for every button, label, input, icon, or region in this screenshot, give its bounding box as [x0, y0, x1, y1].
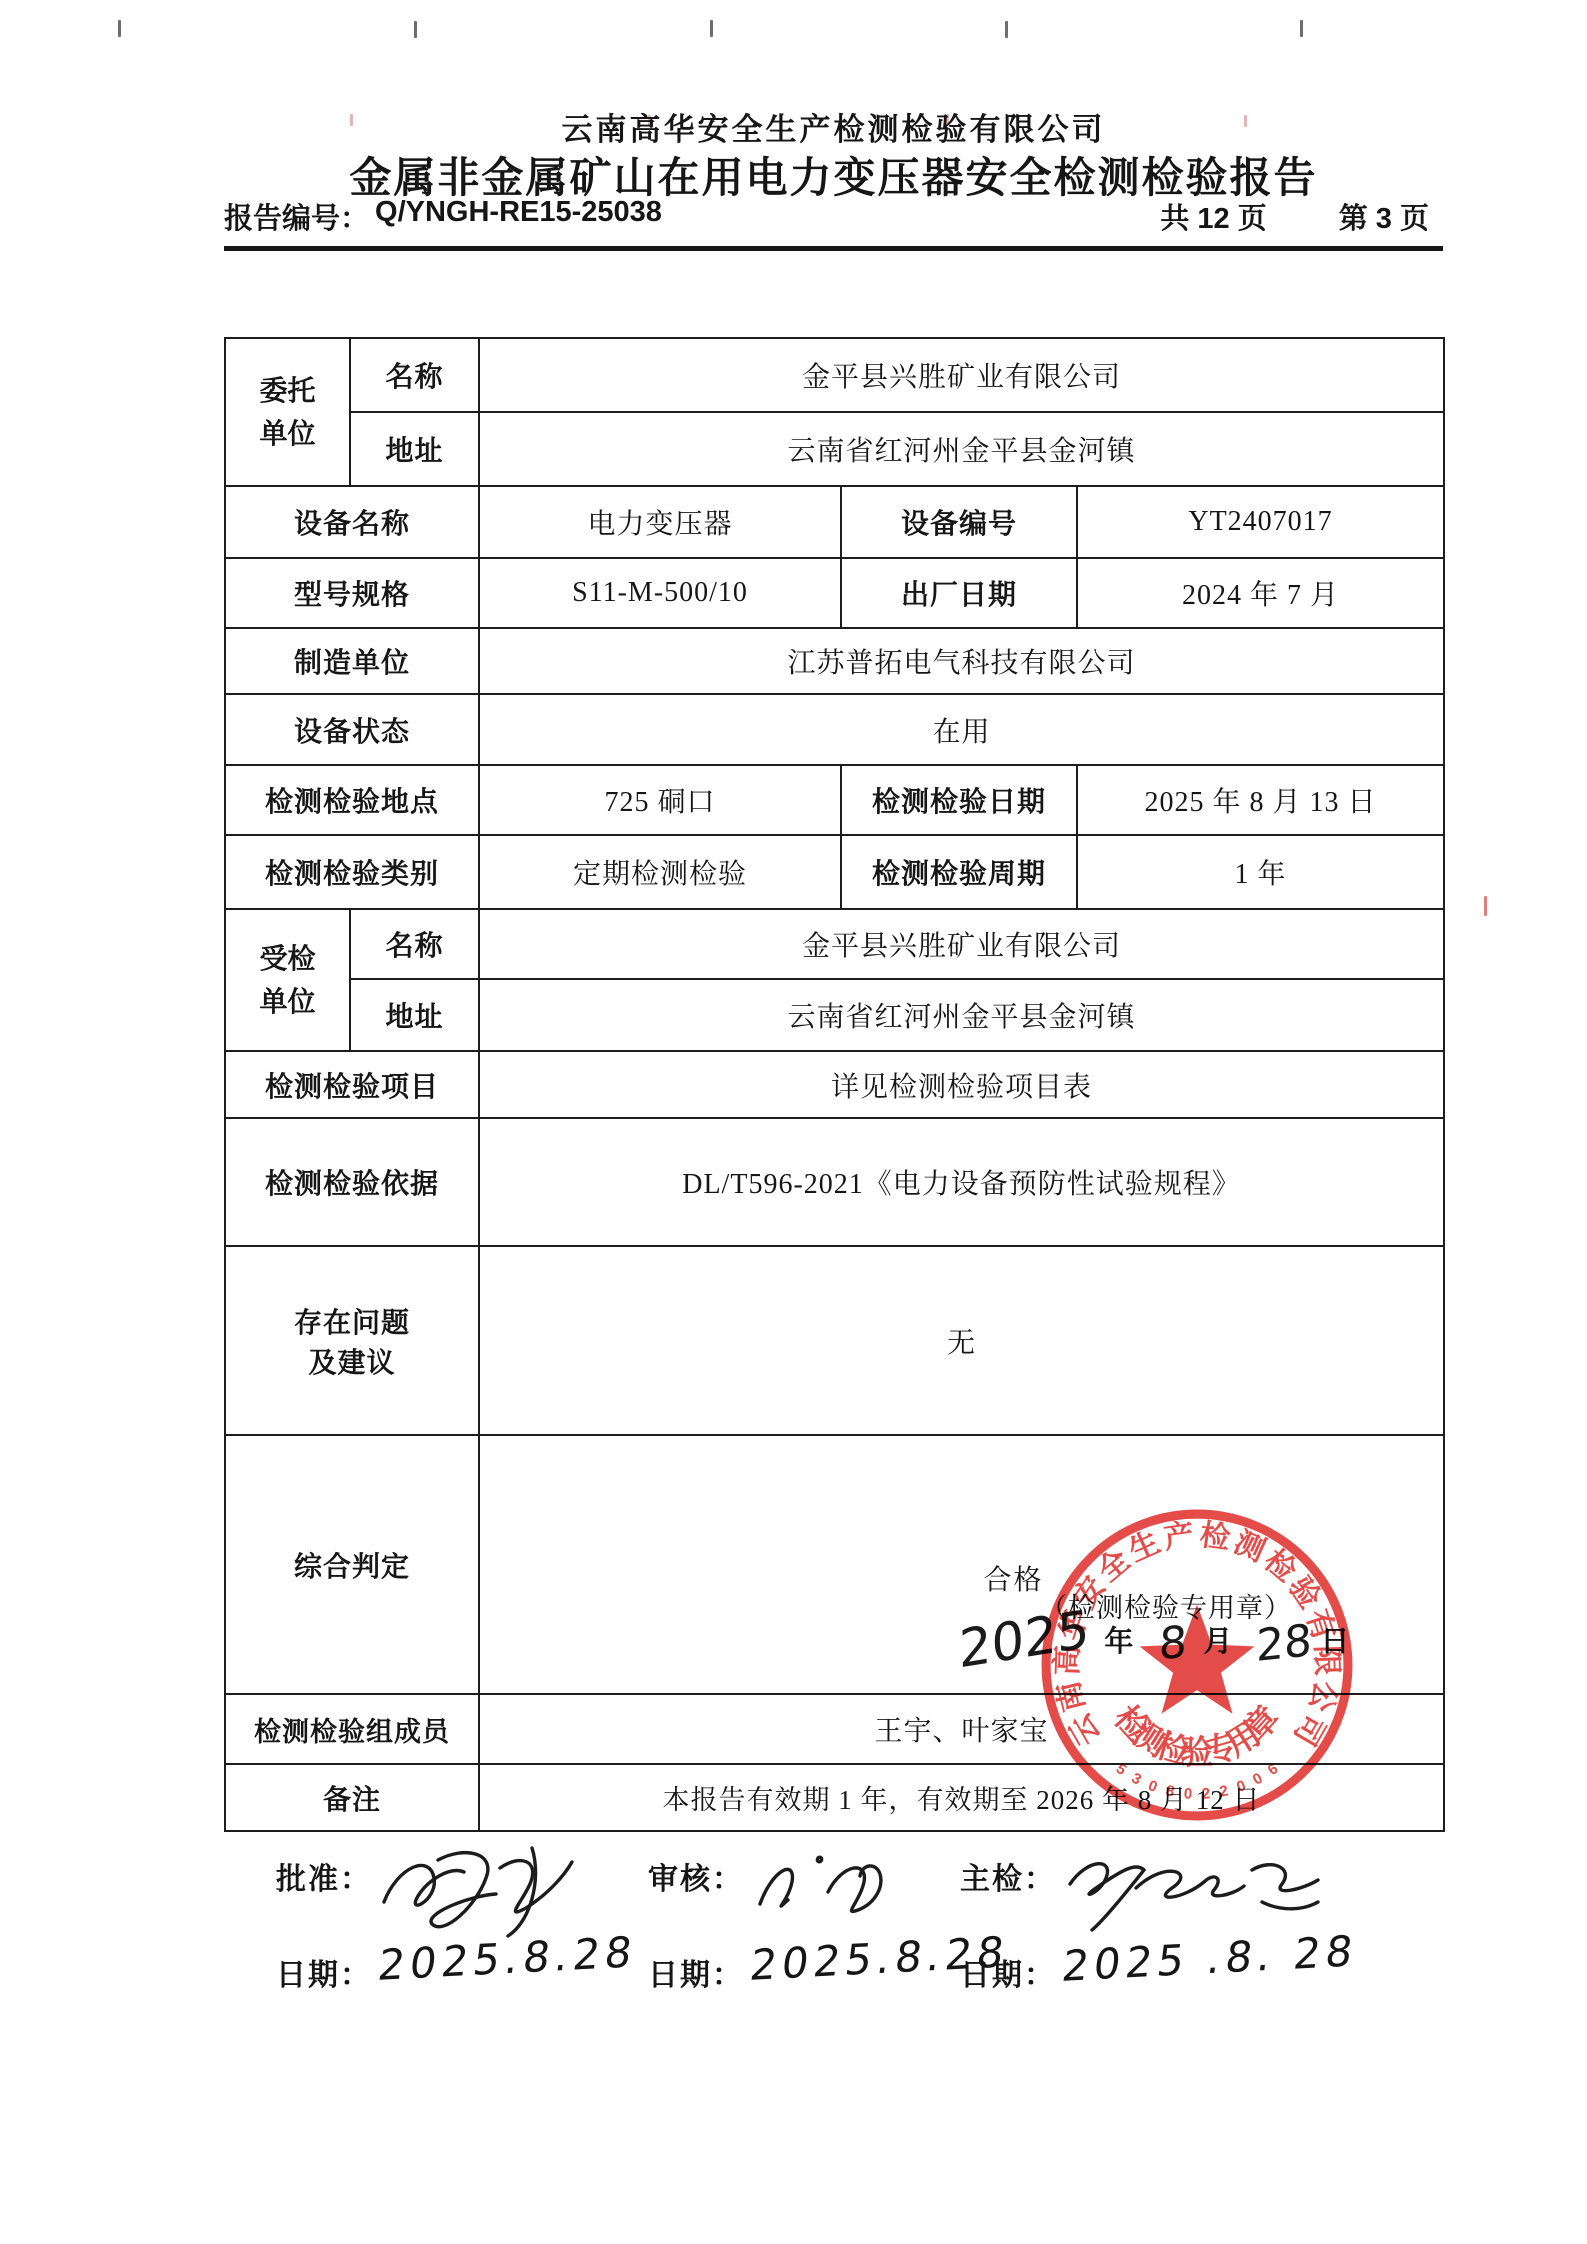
- table-row: 设备状态 在用: [225, 694, 1444, 765]
- device-name-value: 电力变压器: [479, 486, 841, 558]
- svg-text:0: 0: [1250, 1770, 1265, 1789]
- problems-value: 无: [479, 1246, 1444, 1435]
- table-row: 型号规格 S11-M-500/10 出厂日期 2024 年 7 月: [225, 558, 1444, 628]
- location-label: 检测检验地点: [225, 765, 479, 835]
- chief-inspector-date-label: 日期：: [960, 1936, 1056, 1994]
- table-row: 地址 云南省红河州金平县金河镇: [225, 412, 1444, 486]
- company-name: 云南高华安全生产检测检验有限公司: [224, 104, 1443, 149]
- cycle-value: 1 年: [1077, 835, 1444, 909]
- location-value: 725 硐口: [479, 765, 841, 835]
- device-name-label: 设备名称: [225, 486, 479, 558]
- chief-inspector-block: 主检： 日期： 2025 .8. 28: [960, 1840, 1480, 1994]
- mfg-date-value: 2024 年 7 月: [1077, 558, 1444, 628]
- insp-date-label: 检测检验日期: [841, 765, 1077, 835]
- svg-text:6: 6: [1265, 1760, 1282, 1779]
- scan-tick: [1005, 21, 1008, 38]
- device-no-label: 设备编号: [841, 486, 1077, 558]
- problems-label-line1: 存在问题: [294, 1307, 410, 1338]
- svg-text:高: 高: [1050, 1645, 1085, 1676]
- cycle-label: 检测检验周期: [841, 835, 1077, 909]
- scan-red-artifact: [1484, 896, 1487, 916]
- client-group-line2: 单位: [259, 418, 315, 449]
- table-row: 设备名称 电力变压器 设备编号 YT2407017: [225, 486, 1444, 558]
- reviewer-date-label: 日期：: [648, 1936, 744, 1994]
- chief-inspector-signature: [1056, 1840, 1356, 1940]
- approver-signature: [372, 1840, 602, 1940]
- reviewer-signature: [744, 1840, 914, 1940]
- approver-date-label: 日期：: [276, 1936, 372, 1994]
- client-group-label: 委托 单位: [225, 338, 350, 486]
- client-name-value: 金平县兴胜矿业有限公司: [479, 338, 1444, 412]
- category-label: 检测检验类别: [225, 835, 479, 909]
- scan-tick: [710, 20, 713, 37]
- signature-section: 批准： 日期： 2025.8.28 审核：: [0, 1840, 1587, 2040]
- insp-date-value: 2025 年 8 月 13 日: [1077, 765, 1444, 835]
- svg-text:3: 3: [1129, 1770, 1144, 1789]
- manufacturer-value: 江苏普拓电气科技有限公司: [479, 628, 1444, 694]
- inspected-name-label: 名称: [350, 909, 479, 979]
- table-row: 检测检验项目 详见检测检验项目表: [225, 1051, 1444, 1118]
- svg-text:限: 限: [1309, 1645, 1344, 1676]
- reviewer-label: 审核：: [648, 1840, 744, 1898]
- problems-label: 存在问题 及建议: [225, 1246, 479, 1435]
- verdict-label: 综合判定: [225, 1435, 479, 1694]
- svg-text:公: 公: [1303, 1678, 1343, 1716]
- scan-tick: [1300, 20, 1303, 37]
- page-indicator: 共 12 页 第 3 页: [1160, 196, 1429, 237]
- status-value: 在用: [479, 694, 1444, 765]
- svg-text:0: 0: [1146, 1777, 1160, 1796]
- basis-label: 检测检验依据: [225, 1118, 479, 1246]
- inspected-group-line2: 单位: [259, 986, 315, 1017]
- client-group-line1: 委托: [259, 375, 315, 406]
- items-value: 详见检测检验项目表: [479, 1051, 1444, 1118]
- seal-graphic: 云南高华安全生产检测检验有限公司检测检验专用章5308022006: [1036, 1502, 1358, 1828]
- scan-tick: [414, 21, 417, 38]
- approver-label: 批准：: [276, 1840, 372, 1898]
- total-pages: 共 12 页: [1160, 196, 1266, 237]
- table-row: 地址 云南省红河州金平县金河镇: [225, 979, 1444, 1051]
- seal-star: [1140, 1605, 1255, 1714]
- svg-text:产: 产: [1162, 1517, 1197, 1556]
- category-value: 定期检测检验: [479, 835, 841, 909]
- report-number-label: 报告编号：: [224, 196, 369, 237]
- table-row: 检测检验依据 DL/T596-2021《电力设备预防性试验规程》: [225, 1118, 1444, 1246]
- table-row: 检测检验地点 725 硐口 检测检验日期 2025 年 8 月 13 日: [225, 765, 1444, 835]
- table-row: 制造单位 江苏普拓电气科技有限公司: [225, 628, 1444, 694]
- inspected-addr-value: 云南省红河州金平县金河镇: [479, 979, 1444, 1051]
- model-value: S11-M-500/10: [479, 558, 841, 628]
- table-row: 受检 单位 名称 金平县兴胜矿业有限公司: [225, 909, 1444, 979]
- inspected-group-line1: 受检: [259, 943, 315, 974]
- mfg-date-label: 出厂日期: [841, 558, 1077, 628]
- svg-text:0: 0: [1234, 1777, 1248, 1796]
- client-addr-label: 地址: [350, 412, 479, 486]
- scan-tick: [118, 20, 121, 37]
- problems-label-line2: 及建议: [308, 1347, 395, 1378]
- current-page: 第 3 页: [1339, 196, 1429, 237]
- device-no-value: YT2407017: [1077, 486, 1444, 558]
- report-number: 报告编号： Q/YNGH-RE15-25038: [224, 196, 662, 237]
- model-label: 型号规格: [225, 558, 479, 628]
- inspected-addr-label: 地址: [350, 979, 479, 1051]
- report-page: 云南高华安全生产检测检验有限公司 金属非金属矿山在用电力变压器安全检测检验报告 …: [0, 0, 1587, 2244]
- svg-text:0: 0: [1183, 1785, 1193, 1803]
- items-label: 检测检验项目: [225, 1051, 479, 1118]
- svg-text:2: 2: [1218, 1782, 1230, 1800]
- table-row: 委托 单位 名称 金平县兴胜矿业有限公司: [225, 338, 1444, 412]
- svg-text:8: 8: [1164, 1782, 1176, 1800]
- status-label: 设备状态: [225, 694, 479, 765]
- reviewer-block: 审核： 日期： 2025.8.28: [648, 1840, 978, 1994]
- inspected-group-label: 受检 单位: [225, 909, 350, 1051]
- svg-text:5: 5: [1113, 1760, 1130, 1779]
- inspected-name-value: 金平县兴胜矿业有限公司: [479, 909, 1444, 979]
- client-name-label: 名称: [350, 338, 479, 412]
- client-addr-value: 云南省红河州金平县金河镇: [479, 412, 1444, 486]
- manufacturer-label: 制造单位: [225, 628, 479, 694]
- inspection-seal-stamp: 云南高华安全生产检测检验有限公司检测检验专用章5308022006: [1036, 1502, 1358, 1828]
- basis-value: DL/T596-2021《电力设备预防性试验规程》: [479, 1118, 1444, 1246]
- approver-block: 批准： 日期： 2025.8.28: [276, 1840, 666, 1994]
- svg-text:检: 检: [1198, 1518, 1233, 1556]
- approver-date: 2025.8.28: [375, 1929, 639, 1989]
- table-row: 检测检验类别 定期检测检验 检测检验周期 1 年: [225, 835, 1444, 909]
- report-number-row: 报告编号： Q/YNGH-RE15-25038 共 12 页 第 3 页: [224, 196, 1443, 251]
- chief-inspector-label: 主检：: [960, 1840, 1056, 1898]
- report-number-value: Q/YNGH-RE15-25038: [375, 196, 662, 237]
- svg-text:南: 南: [1051, 1678, 1091, 1716]
- remark-label: 备注: [225, 1764, 479, 1831]
- svg-text:2: 2: [1201, 1785, 1211, 1803]
- team-label: 检测检验组成员: [225, 1694, 479, 1764]
- table-row: 存在问题 及建议 无: [225, 1246, 1444, 1435]
